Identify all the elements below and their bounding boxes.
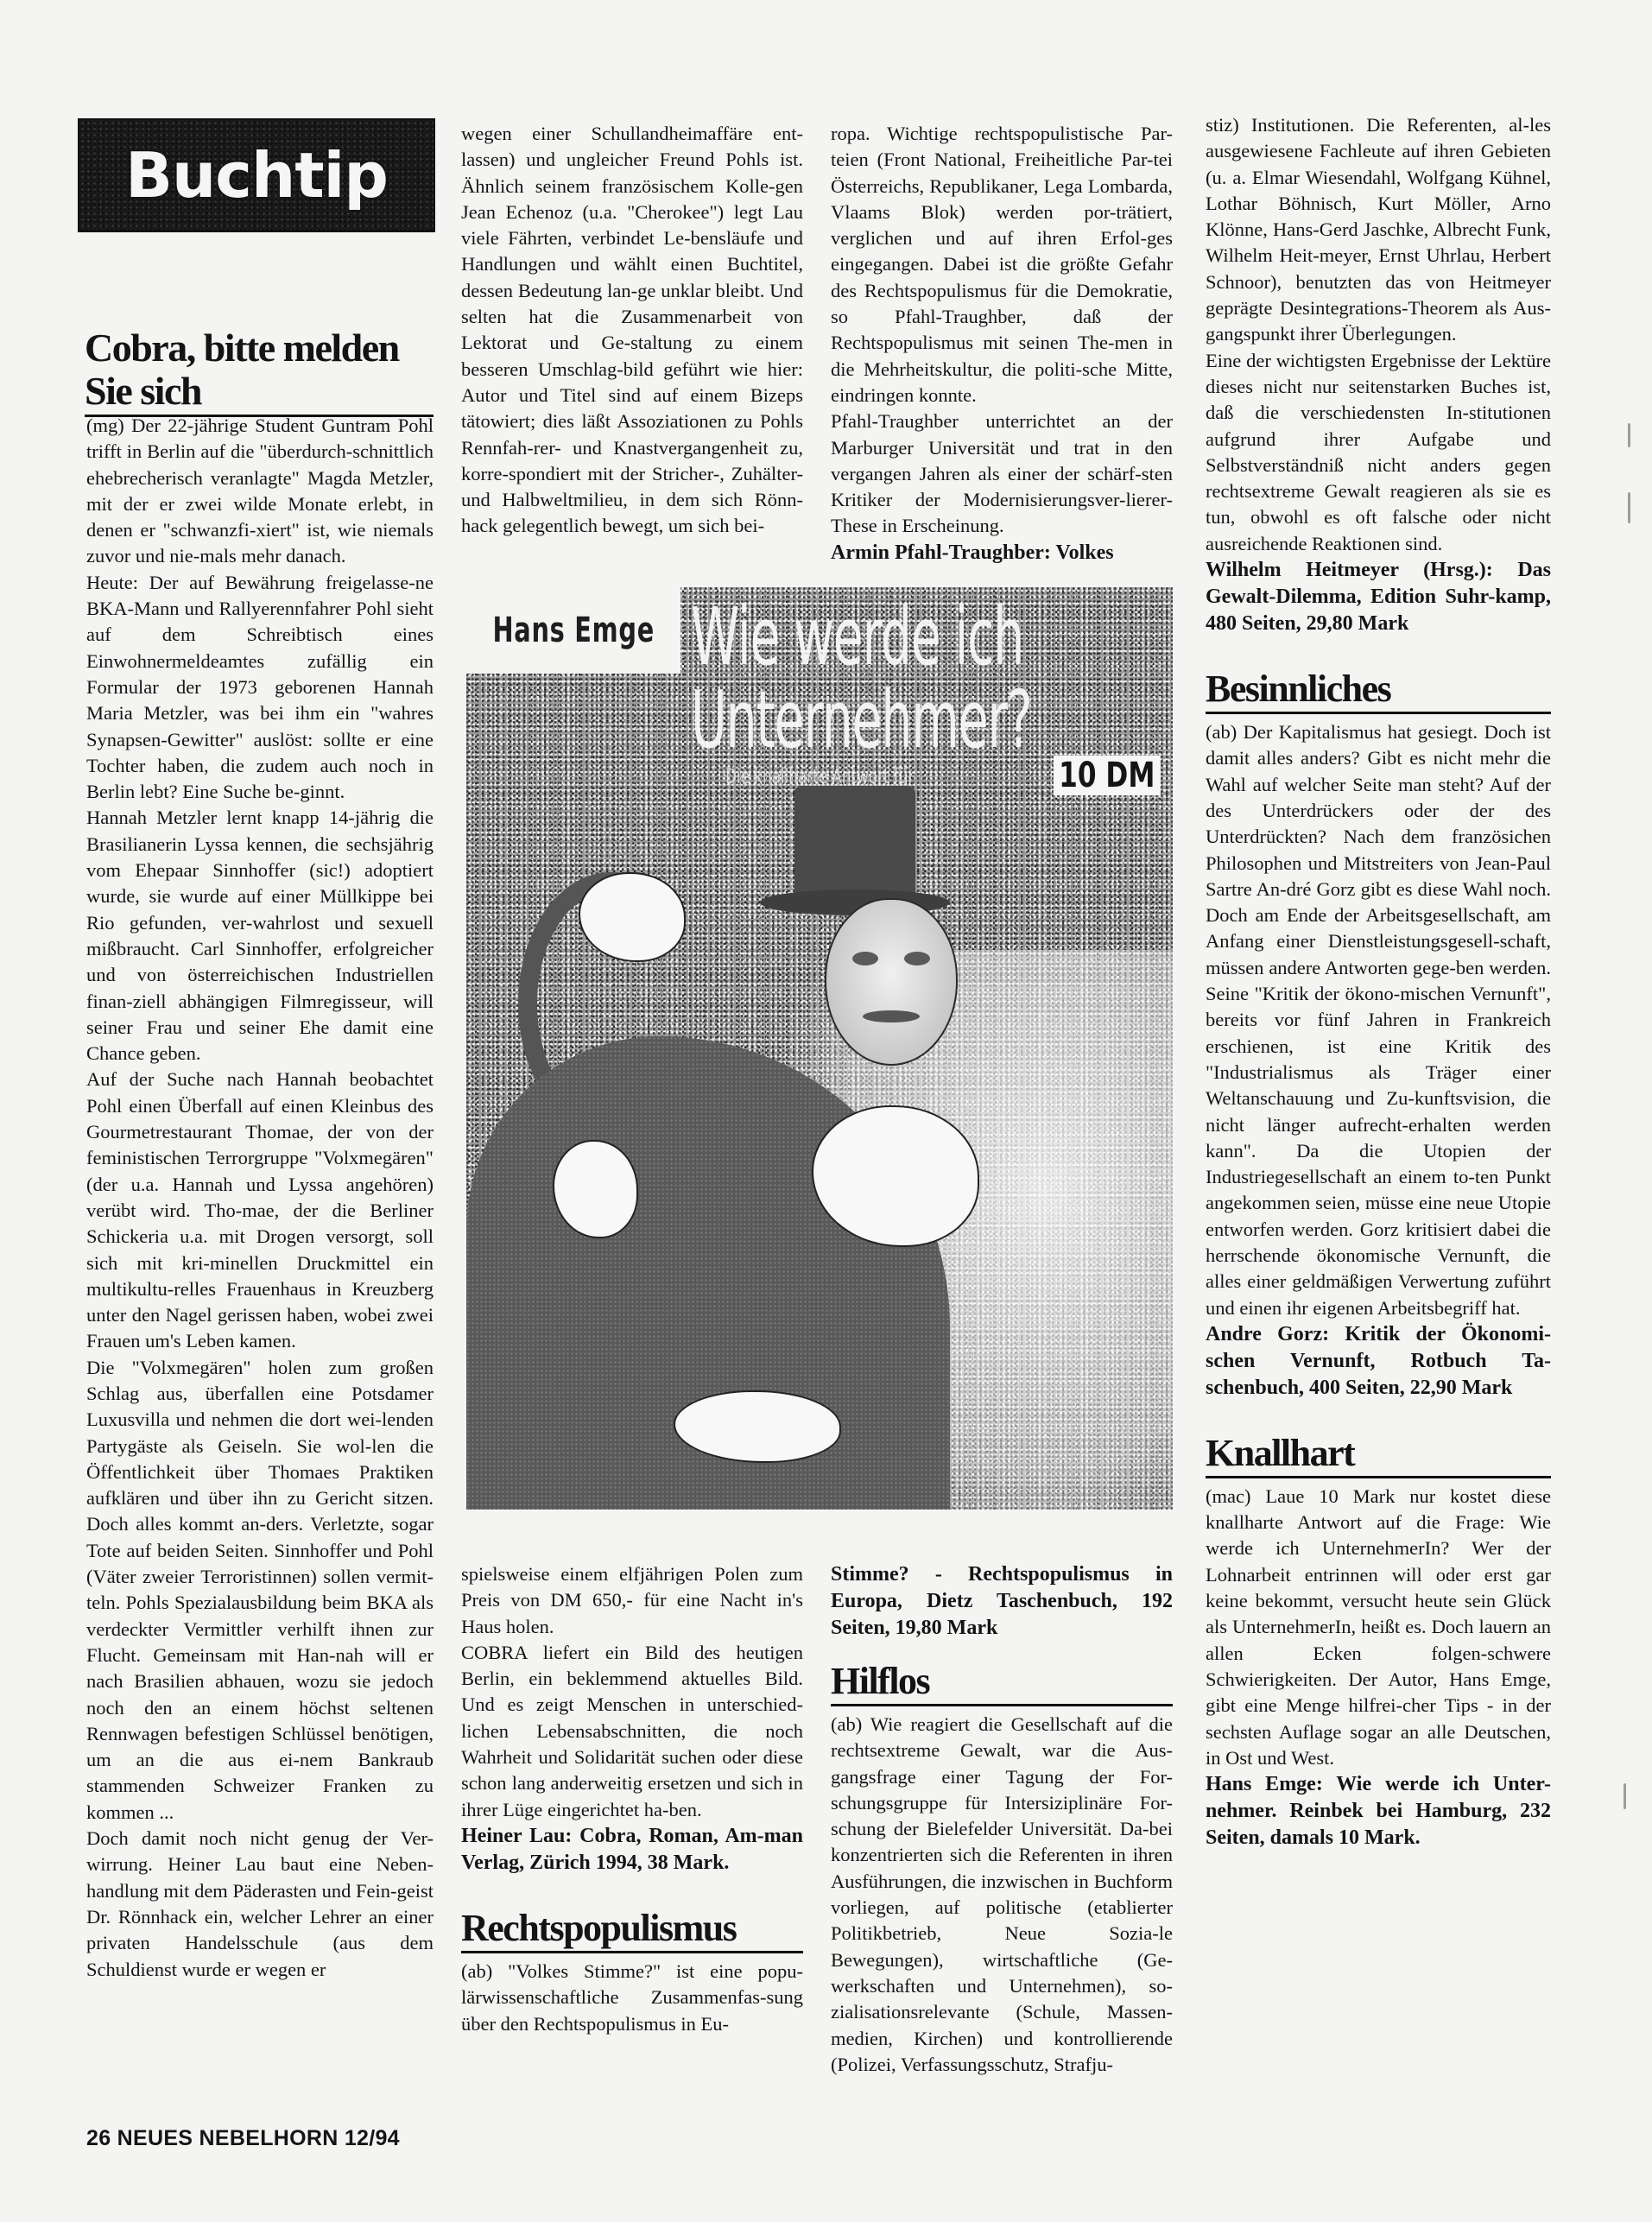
cobra-paragraph: Heute: Der auf Bewährung freigelasse-ne … (86, 570, 434, 806)
hilflos-continued-paragraph: Eine der wichtigsten Ergebnisse der Lekt… (1206, 348, 1551, 557)
rechtspopulismus-intro: (ab) "Volkes Stimme?" ist eine popu-lärw… (461, 1959, 803, 2037)
column-3-top: ropa. Wichtige rechtspopulistische Par-t… (831, 121, 1173, 567)
scan-artifact (1624, 1783, 1626, 1809)
cover-subtitle: Die knallharte Antwort für (725, 764, 914, 788)
section-banner-label: Buchtip (125, 139, 388, 212)
cobra-paragraph: Die "Volxmegären" holen zum großen Schla… (86, 1355, 434, 1826)
besinnliches-citation: Andre Gorz: Kritik der Ökonomi-schen Ver… (1206, 1321, 1551, 1402)
book-cover-image: Hans Emge Wie werde ich Unternehmer? Die… (466, 587, 1173, 1510)
scan-artifact (1628, 492, 1630, 523)
rechtspopulismus-continued-paragraph: Pfahl-Traughber unterrichtet an der Marb… (831, 408, 1173, 539)
cover-face (825, 898, 958, 1066)
headline-hilflos: Hilflos (831, 1661, 1173, 1706)
top-hat-icon (794, 786, 915, 907)
knallhart-text: (mac) Laue 10 Mark nur kostet diese knal… (1206, 1484, 1551, 1771)
cobra-continued-paragraph: spielsweise einem elfjährigen Polen zum … (461, 1561, 803, 1640)
cobra-paragraph: Auf der Suche nach Hannah beobachtet Poh… (86, 1067, 434, 1354)
rechtspopulismus-citation-end: Stimme? - Rechtspopulismus in Europa, Di… (831, 1561, 1173, 1642)
headline-rechtspopulismus: Rechtspopulismus (461, 1908, 803, 1953)
column-3-bottom: Stimme? - Rechtspopulismus in Europa, Di… (831, 1561, 1173, 2078)
scan-artifact (1628, 423, 1630, 447)
cover-price: 10 DM (1054, 756, 1161, 795)
column-4: stiz) Institutionen. Die Referenten, al-… (1206, 112, 1551, 1852)
page-footer: 26 NEUES NEBELHORN 12/94 (86, 2126, 400, 2151)
headline-besinnliches: Besinnliches (1206, 668, 1551, 714)
hilflos-continued-paragraph: stiz) Institutionen. Die Referenten, al-… (1206, 112, 1551, 348)
cobra-continued-paragraph: COBRA liefert ein Bild des heutigen Berl… (461, 1640, 803, 1823)
cobra-paragraph: (mg) Der 22-jährige Student Guntram Pohl… (86, 413, 434, 570)
column-2-top: wegen einer Schullandheimaffäre ent-lass… (461, 121, 803, 540)
cobra-paragraph: Hannah Metzler lernt knapp 14-jährig die… (86, 805, 434, 1067)
column-1: (mg) Der 22-jährige Student Guntram Pohl… (86, 413, 434, 1983)
hilflos-citation: Wilhelm Heitmeyer (Hrsg.): Das Gewalt-Di… (1206, 557, 1551, 637)
column-2-bottom: spielsweise einem elfjährigen Polen zum … (461, 1561, 803, 2037)
cobra-paragraph: Doch damit noch nicht genug der Ver-wirr… (86, 1826, 434, 1983)
cobra-citation: Heiner Lau: Cobra, Roman, Am-man Verlag,… (461, 1823, 803, 1877)
section-banner-buchtip: Buchtip (78, 118, 435, 232)
hilflos-text: (ab) Wie reagiert die Gesellschaft auf d… (831, 1712, 1173, 2078)
headline-cobra: Cobra, bitte melden Sie sich (85, 326, 434, 417)
cobra-continued-paragraph: wegen einer Schullandheimaffäre ent-lass… (461, 121, 803, 540)
headline-knallhart: Knallhart (1206, 1433, 1551, 1478)
rechtspopulismus-citation-start: Armin Pfahl-Traughber: Volkes (831, 540, 1173, 567)
cover-author: Hans Emge (466, 587, 680, 674)
rechtspopulismus-continued-paragraph: ropa. Wichtige rechtspopulistische Par-t… (831, 121, 1173, 408)
cover-title: Wie werde ich Unternehmer? (691, 596, 991, 762)
knallhart-citation: Hans Emge: Wie werde ich Unter-nehmer. R… (1206, 1771, 1551, 1852)
besinnliches-text: (ab) Der Kapitalismus hat gesiegt. Doch … (1206, 719, 1551, 1321)
